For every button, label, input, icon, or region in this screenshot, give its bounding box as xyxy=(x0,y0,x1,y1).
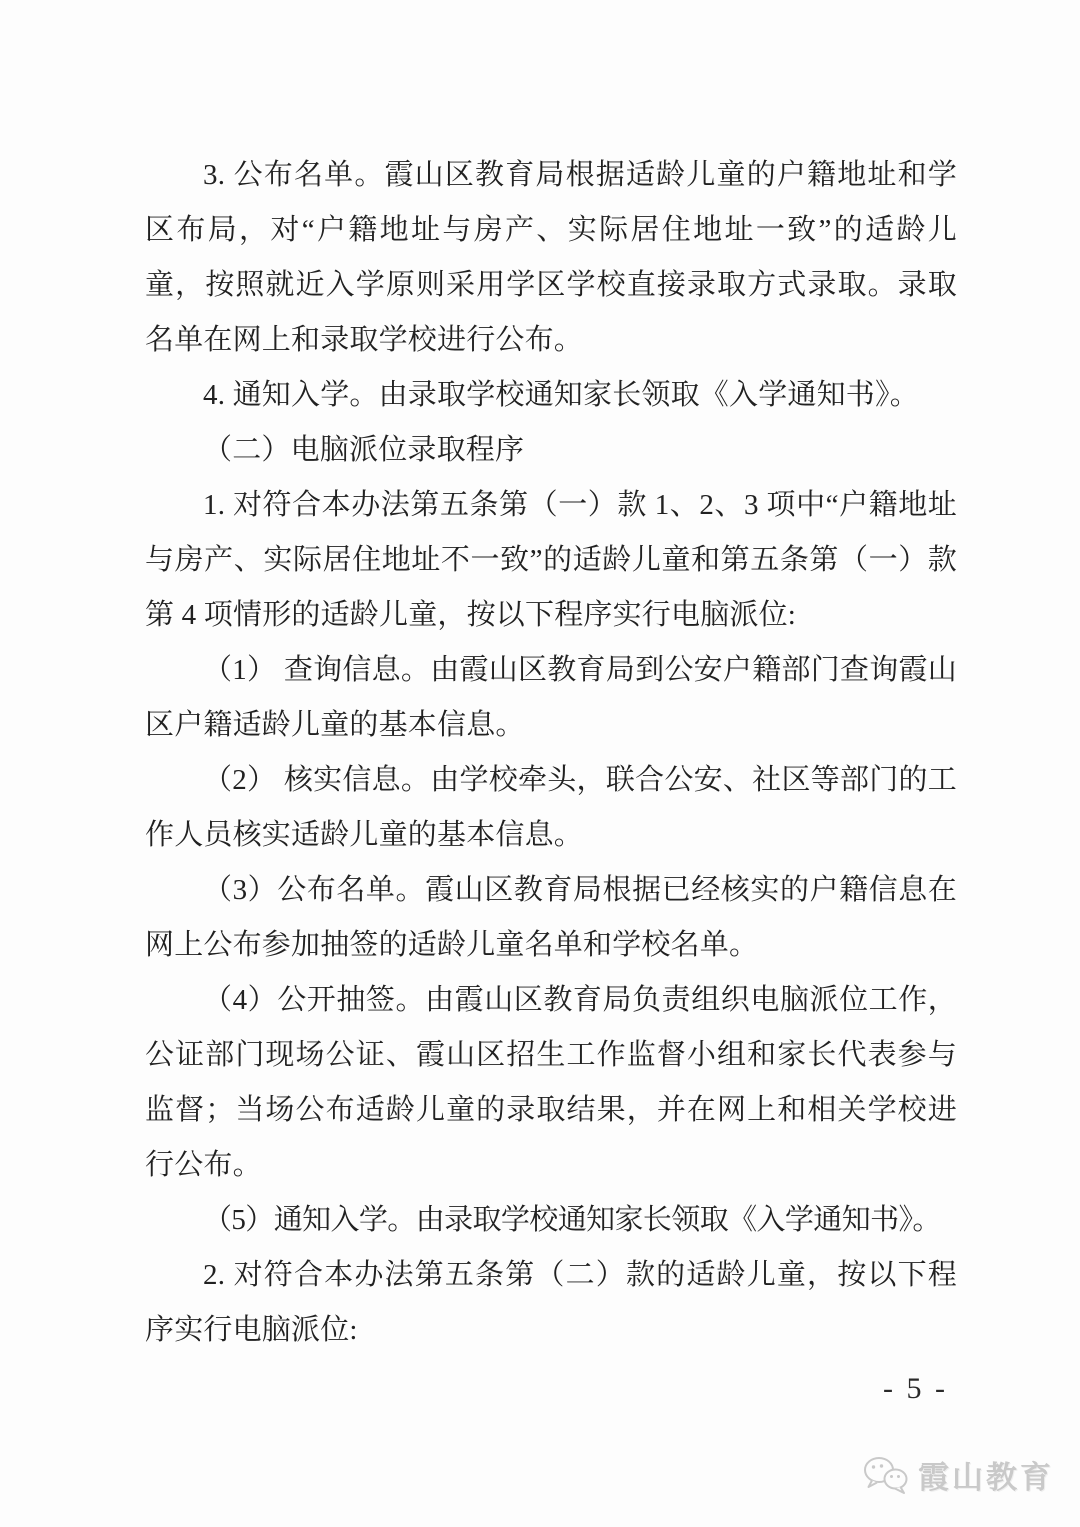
doc-paragraph-rule-1: 1. 对符合本办法第五条第（一）款 1、2、3 项中“户籍地址与房产、实际居住地… xyxy=(145,478,957,643)
section-heading-computer-allocation: （二）电脑派位录取程序 xyxy=(145,423,957,478)
doc-paragraph-step-1-query: （1） 查询信息。由霞山区教育局到公安户籍部门查询霞山区户籍适龄儿童的基本信息。 xyxy=(145,643,957,753)
doc-paragraph-notify-enroll: 4. 通知入学。由录取学校通知家长领取《入学通知书》。 xyxy=(145,368,957,423)
doc-paragraph-step-4-lottery: （4）公开抽签。由霞山区教育局负责组织电脑派位工作，公证部门现场公证、霞山区招生… xyxy=(145,973,957,1193)
doc-paragraph-step-2-verify: （2） 核实信息。由学校牵头，联合公安、社区等部门的工作人员核实适龄儿童的基本信… xyxy=(145,753,957,863)
doc-paragraph-publish-list: 3. 公布名单。霞山区教育局根据适龄儿童的户籍地址和学区布局，对“户籍地址与房产… xyxy=(145,148,957,368)
publisher-name: 霞山教育 xyxy=(918,1452,1054,1497)
document-page: 3. 公布名单。霞山区教育局根据适龄儿童的户籍地址和学区布局，对“户籍地址与房产… xyxy=(0,0,1080,1527)
doc-paragraph-step-3-publish: （3）公布名单。霞山区教育局根据已经核实的户籍信息在网上公布参加抽签的适龄儿童名… xyxy=(145,863,957,973)
wechat-logo-icon xyxy=(862,1455,910,1495)
document-body: 3. 公布名单。霞山区教育局根据适龄儿童的户籍地址和学区布局，对“户籍地址与房产… xyxy=(145,148,957,1358)
doc-paragraph-step-5-notify: （5）通知入学。由录取学校通知家长领取《入学通知书》。 xyxy=(145,1193,957,1248)
page-number: - 5 - xyxy=(883,1372,948,1406)
publisher-watermark: 霞山教育 xyxy=(862,1452,1054,1497)
doc-paragraph-rule-2: 2. 对符合本办法第五条第（二）款的适龄儿童，按以下程序实行电脑派位: xyxy=(145,1248,957,1358)
